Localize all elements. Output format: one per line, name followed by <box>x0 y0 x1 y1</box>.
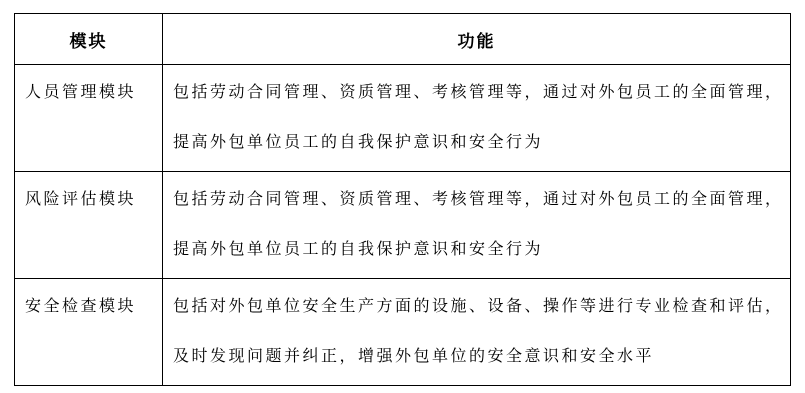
function-line: 提高外包单位员工的自我保护意识和安全行为 <box>173 118 782 168</box>
table-row-personnel-management: 人员管理模块 包括劳动合同管理、资质管理、考核管理等，通过对外包员工的全面管理，… <box>15 65 791 172</box>
table-row-risk-assessment: 风险评估模块 包括劳动合同管理、资质管理、考核管理等，通过对外包员工的全面管理，… <box>15 172 791 279</box>
function-cell: 包括劳动合同管理、资质管理、考核管理等，通过对外包员工的全面管理， 提高外包单位… <box>163 65 791 172</box>
module-cell: 风险评估模块 <box>15 172 163 279</box>
header-cell-function: 功能 <box>163 14 791 65</box>
function-cell: 包括劳动合同管理、资质管理、考核管理等，通过对外包员工的全面管理， 提高外包单位… <box>163 172 791 279</box>
function-line: 包括劳动合同管理、资质管理、考核管理等，通过对外包员工的全面管理， <box>173 68 782 118</box>
module-cell: 人员管理模块 <box>15 65 163 172</box>
function-line: 包括对外包单位安全生产方面的设施、设备、操作等进行专业检查和评估， <box>173 282 782 332</box>
table-row-safety-inspection: 安全检查模块 包括对外包单位安全生产方面的设施、设备、操作等进行专业检查和评估，… <box>15 279 791 386</box>
function-line: 及时发现问题并纠正，增强外包单位的安全意识和安全水平 <box>173 332 782 382</box>
table-header-row: 模块 功能 <box>15 14 791 65</box>
function-cell: 包括对外包单位安全生产方面的设施、设备、操作等进行专业检查和评估， 及时发现问题… <box>163 279 791 386</box>
module-function-table: 模块 功能 人员管理模块 包括劳动合同管理、资质管理、考核管理等，通过对外包员工… <box>14 13 791 386</box>
header-cell-module: 模块 <box>15 14 163 65</box>
page: 模块 功能 人员管理模块 包括劳动合同管理、资质管理、考核管理等，通过对外包员工… <box>0 0 805 393</box>
function-line: 提高外包单位员工的自我保护意识和安全行为 <box>173 225 782 275</box>
function-line: 包括劳动合同管理、资质管理、考核管理等，通过对外包员工的全面管理， <box>173 175 782 225</box>
module-cell: 安全检查模块 <box>15 279 163 386</box>
